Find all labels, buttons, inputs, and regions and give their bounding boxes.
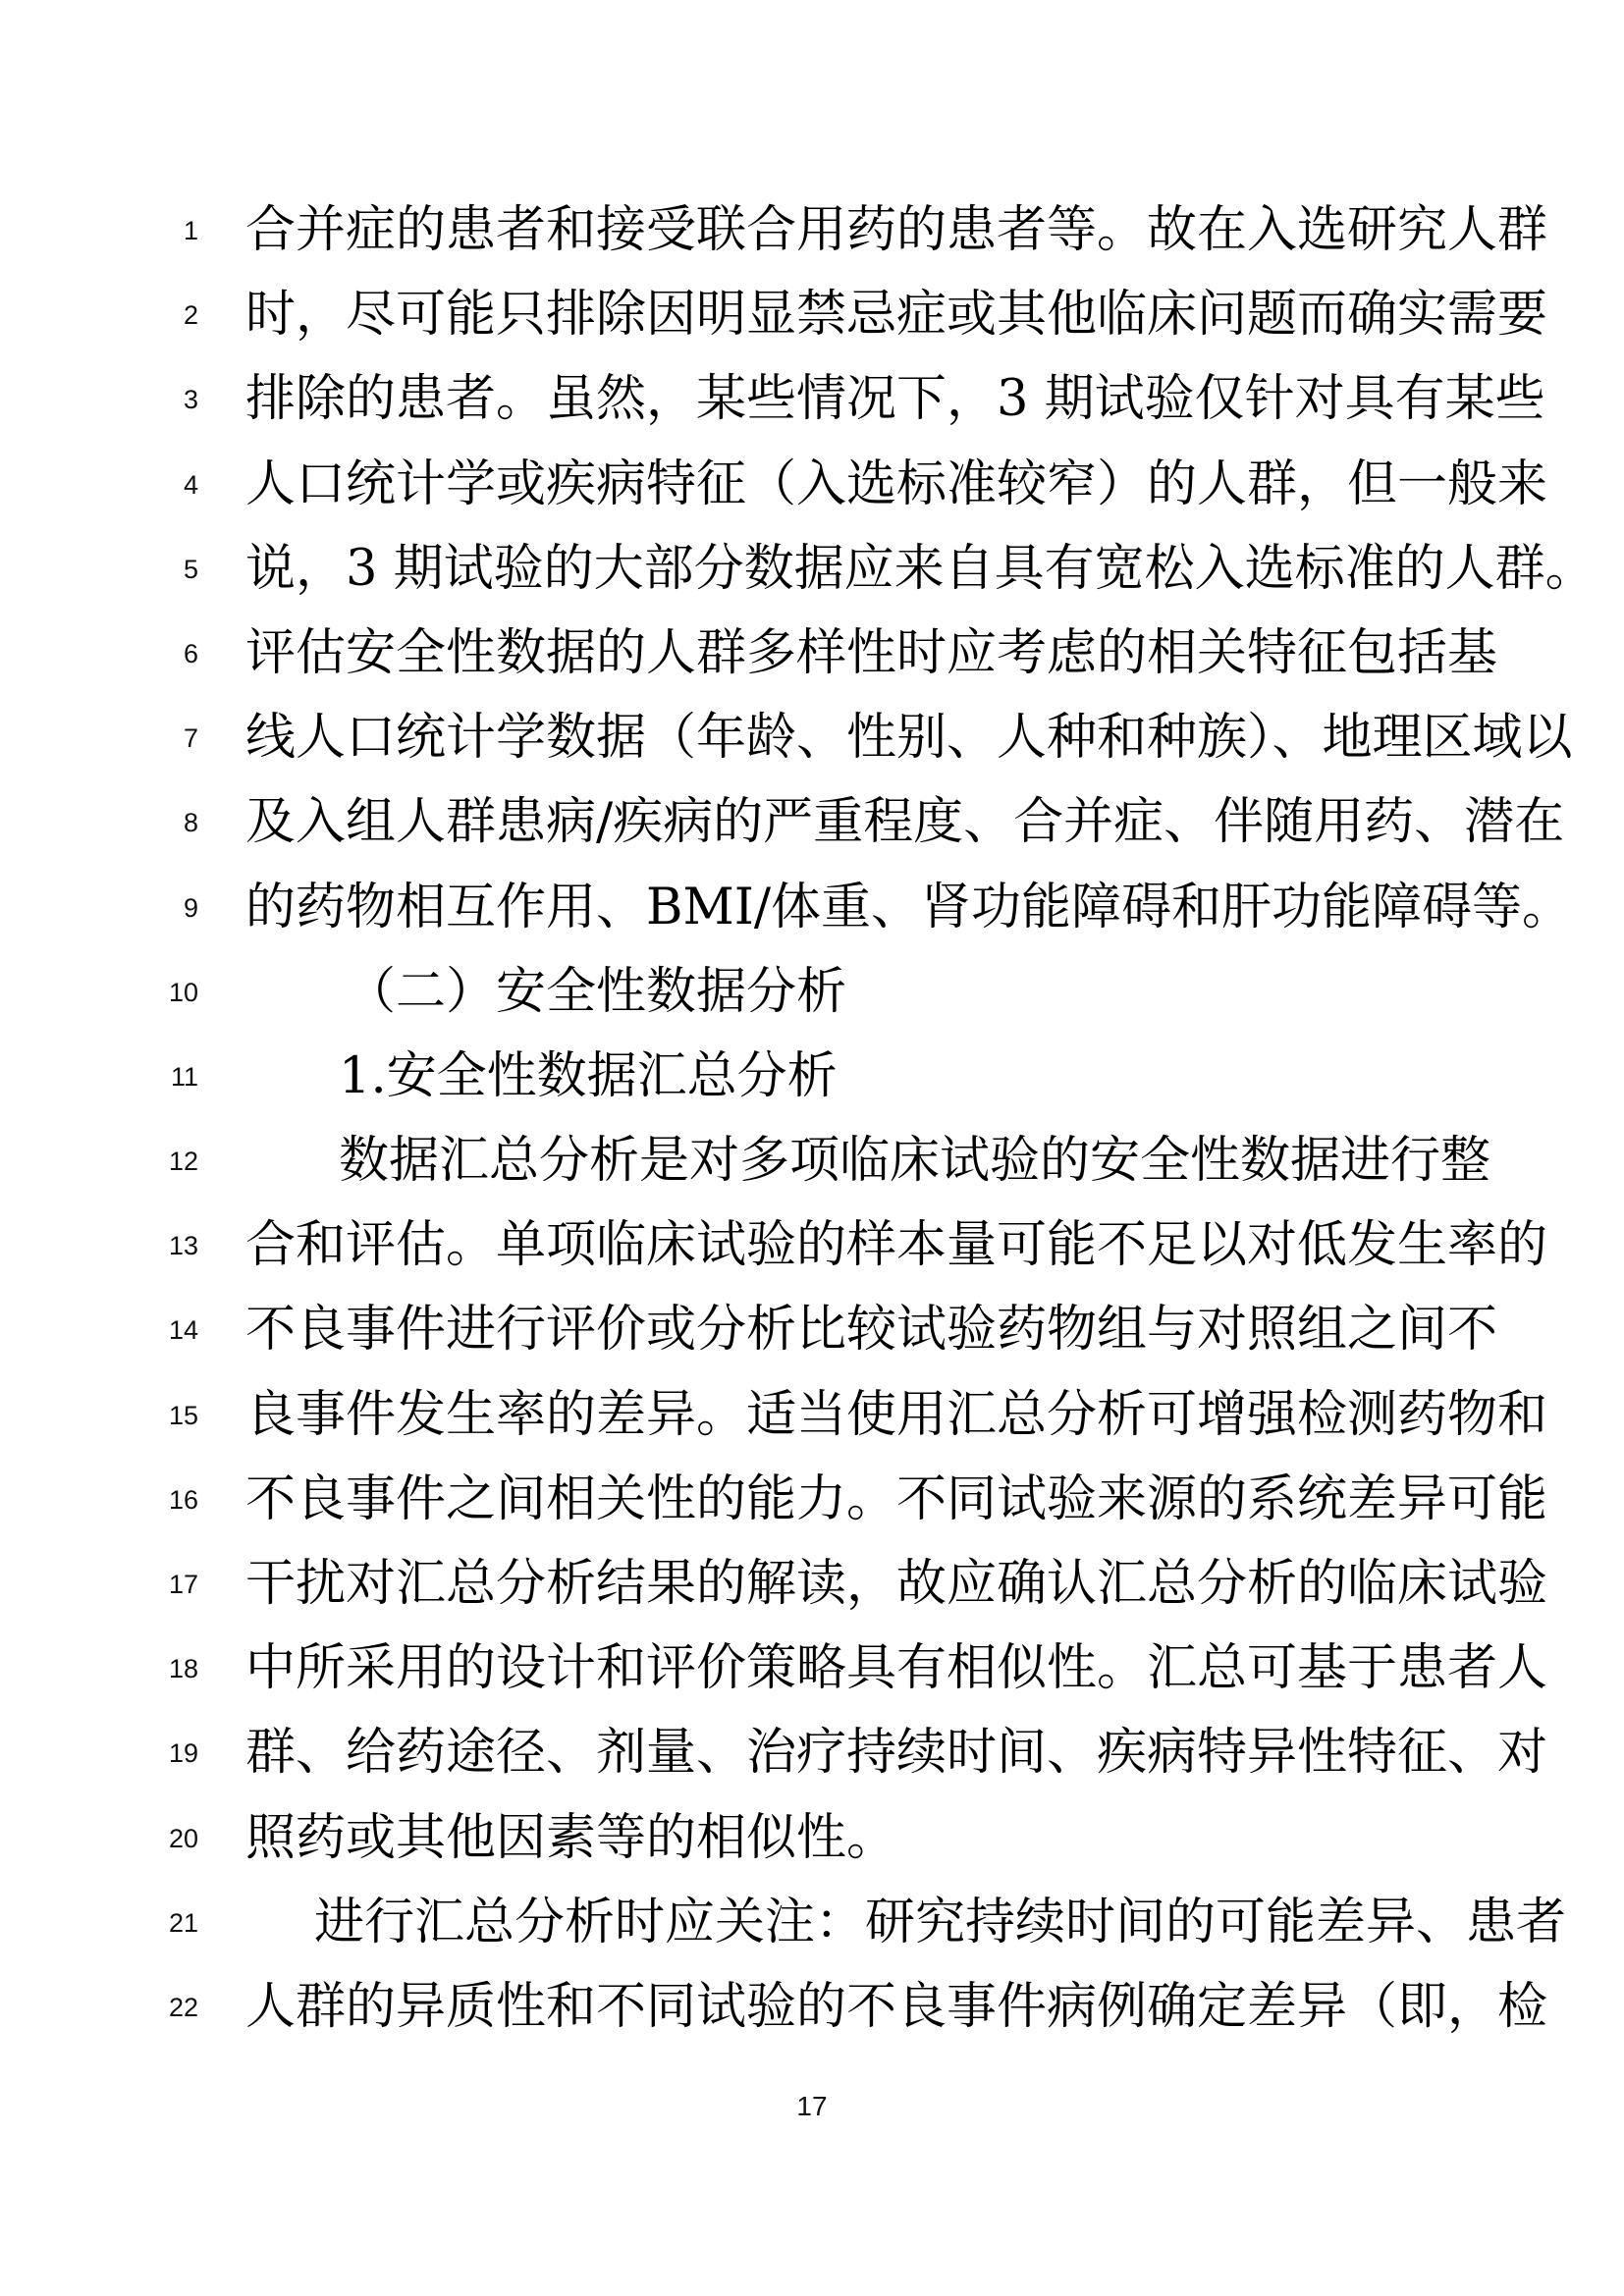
page-number: 17 bbox=[0, 2091, 1624, 2122]
text-line: 2 时，尽可能只排除因明显禁忌症或其他临床问题而确实需要 bbox=[0, 273, 1624, 357]
line-number: 5 bbox=[137, 553, 198, 586]
line-text: 进行汇总分析时应关注：研究持续时间的可能差异、患者 bbox=[314, 1891, 1377, 1955]
subsection-heading-line: 11 1.安全性数据汇总分析 bbox=[0, 1035, 1624, 1119]
line-number: 8 bbox=[137, 806, 198, 839]
text-line: 6 评估安全性数据的人群多样性时应考虑的相关特征包括基 bbox=[0, 612, 1624, 696]
text-line: 22 人群的异质性和不同试验的不良事件病例确定差异（即，检 bbox=[0, 1965, 1624, 2050]
line-text: 人口统计学或疾病特征（入选标准较窄）的人群，但一般来 bbox=[245, 453, 1377, 517]
line-text: 的药物相互作用、BMI/体重、肾功能障碍和肝功能障碍等。 bbox=[245, 876, 1377, 940]
line-number: 9 bbox=[137, 891, 198, 925]
line-number: 18 bbox=[137, 1652, 198, 1685]
line-text: 线人口统计学数据（年龄、性别、人种和种族）、地理区域以 bbox=[245, 706, 1377, 771]
line-number: 14 bbox=[137, 1313, 198, 1347]
text-line: 15 良事件发生率的差异。适当使用汇总分析可增强检测药物和 bbox=[0, 1373, 1624, 1458]
line-number: 20 bbox=[137, 1822, 198, 1855]
line-text: 数据汇总分析是对多项临床试验的安全性数据进行整 bbox=[339, 1129, 1377, 1194]
text-line: 18 中所采用的设计和评价策略具有相似性。汇总可基于患者人 bbox=[0, 1627, 1624, 1711]
text-line: 12 数据汇总分析是对多项临床试验的安全性数据进行整 bbox=[0, 1119, 1624, 1203]
line-number: 19 bbox=[137, 1736, 198, 1770]
document-page: 1 合并症的患者和接受联合用药的患者等。故在入选研究人群 2 时，尽可能只排除因… bbox=[0, 0, 1624, 2296]
text-line: 14 不良事件进行评价或分析比较试验药物组与对照组之间不 bbox=[0, 1288, 1624, 1372]
line-number: 10 bbox=[137, 976, 198, 1009]
line-text: 时，尽可能只排除因明显禁忌症或其他临床问题而确实需要 bbox=[245, 283, 1377, 347]
section-heading-line: 10 （二）安全性数据分析 bbox=[0, 950, 1624, 1035]
text-line: 3 排除的患者。虽然，某些情况下，3 期试验仅针对具有某些 bbox=[0, 357, 1624, 442]
text-line: 9 的药物相互作用、BMI/体重、肾功能障碍和肝功能障碍等。 bbox=[0, 866, 1624, 950]
line-text: 评估安全性数据的人群多样性时应考虑的相关特征包括基 bbox=[245, 621, 1377, 686]
text-line: 20 照药或其他因素等的相似性。 bbox=[0, 1796, 1624, 1881]
line-number: 22 bbox=[137, 1991, 198, 2024]
line-text: 不良事件之间相关性的能力。不同试验来源的系统差异可能 bbox=[245, 1468, 1377, 1532]
text-line: 21 进行汇总分析时应关注：研究持续时间的可能差异、患者 bbox=[0, 1881, 1624, 1965]
line-text: 说，3 期试验的大部分数据应来自具有宽松入选标准的人群。 bbox=[245, 537, 1377, 602]
line-number: 1 bbox=[137, 214, 198, 247]
line-text: 人群的异质性和不同试验的不良事件病例确定差异（即，检 bbox=[245, 1975, 1377, 2040]
line-number: 15 bbox=[137, 1399, 198, 1432]
line-number: 7 bbox=[137, 721, 198, 755]
text-line: 1 合并症的患者和接受联合用药的患者等。故在入选研究人群 bbox=[0, 188, 1624, 273]
line-number: 12 bbox=[137, 1145, 198, 1178]
line-number: 17 bbox=[137, 1568, 198, 1601]
text-line: 17 干扰对汇总分析结果的解读，故应确认汇总分析的临床试验 bbox=[0, 1542, 1624, 1627]
line-text: 干扰对汇总分析结果的解读，故应确认汇总分析的临床试验 bbox=[245, 1552, 1377, 1617]
line-text: 不良事件进行评价或分析比较试验药物组与对照组之间不 bbox=[245, 1298, 1377, 1362]
line-number: 21 bbox=[137, 1906, 198, 1940]
text-line: 4 人口统计学或疾病特征（入选标准较窄）的人群，但一般来 bbox=[0, 443, 1624, 527]
line-text: 中所采用的设计和评价策略具有相似性。汇总可基于患者人 bbox=[245, 1636, 1377, 1701]
line-number: 2 bbox=[137, 298, 198, 332]
text-line: 16 不良事件之间相关性的能力。不同试验来源的系统差异可能 bbox=[0, 1458, 1624, 1542]
line-text: 群、给药途径、剂量、治疗持续时间、疾病特异性特征、对 bbox=[245, 1721, 1377, 1786]
line-number: 6 bbox=[137, 637, 198, 670]
line-number: 11 bbox=[137, 1060, 198, 1094]
line-text: 及入组人群患病/疾病的严重程度、合并症、伴随用药、潜在 bbox=[245, 790, 1377, 855]
line-text: 良事件发生率的差异。适当使用汇总分析可增强检测药物和 bbox=[245, 1383, 1377, 1448]
line-number: 4 bbox=[137, 468, 198, 502]
line-number: 3 bbox=[137, 383, 198, 416]
line-text: 排除的患者。虽然，某些情况下，3 期试验仅针对具有某些 bbox=[245, 367, 1377, 432]
line-number: 13 bbox=[137, 1229, 198, 1262]
text-line: 19 群、给药途径、剂量、治疗持续时间、疾病特异性特征、对 bbox=[0, 1711, 1624, 1795]
text-line: 7 线人口统计学数据（年龄、性别、人种和种族）、地理区域以 bbox=[0, 696, 1624, 780]
line-text: 照药或其他因素等的相似性。 bbox=[245, 1806, 1377, 1871]
line-numbered-text: 1 合并症的患者和接受联合用药的患者等。故在入选研究人群 2 时，尽可能只排除因… bbox=[0, 188, 1624, 2050]
text-line: 13 合和评估。单项临床试验的样本量可能不足以对低发生率的 bbox=[0, 1203, 1624, 1288]
section-heading: （二）安全性数据分析 bbox=[346, 960, 1377, 1025]
line-number: 16 bbox=[137, 1483, 198, 1517]
line-text: 合和评估。单项临床试验的样本量可能不足以对低发生率的 bbox=[245, 1213, 1377, 1278]
subsection-heading: 1.安全性数据汇总分析 bbox=[339, 1044, 1377, 1109]
text-line: 5 说，3 期试验的大部分数据应来自具有宽松入选标准的人群。 bbox=[0, 527, 1624, 612]
line-text: 合并症的患者和接受联合用药的患者等。故在入选研究人群 bbox=[245, 198, 1377, 263]
text-line: 8 及入组人群患病/疾病的严重程度、合并症、伴随用药、潜在 bbox=[0, 780, 1624, 865]
